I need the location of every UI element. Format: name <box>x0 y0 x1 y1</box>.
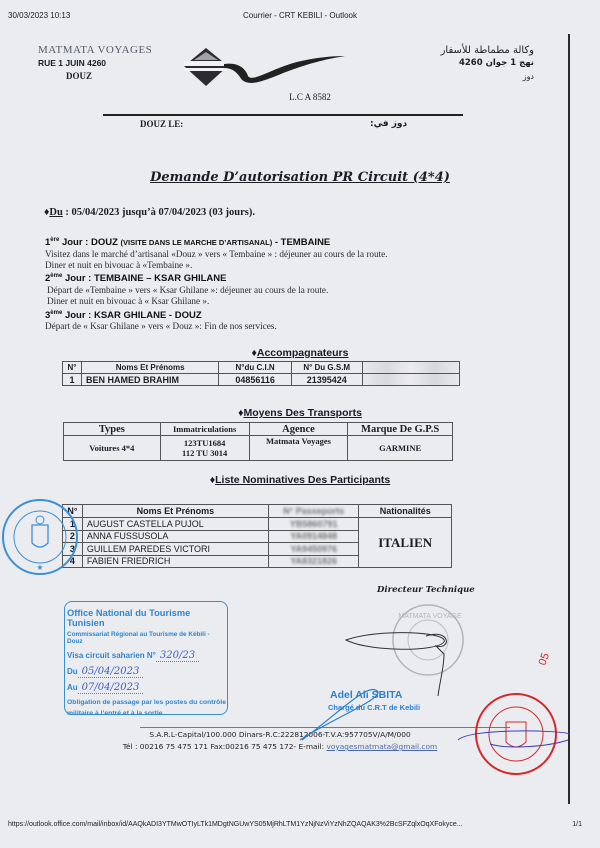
date-line-divider <box>103 114 463 116</box>
license-number: L.C A 8582 <box>0 92 600 102</box>
day-line: Diner et nuit en bivouac à «Tembaine ». <box>45 260 388 271</box>
stamp-commissariat: Commissariat Régional au Tourisme de Kéb… <box>67 631 227 645</box>
visa-number: 320/23 <box>156 650 199 662</box>
company-city-ar: دوز <box>441 70 534 83</box>
footer-legal: S.A.R.L-Capital/100.000 Dinars-R.C:22281… <box>0 729 560 753</box>
visa-date-from: 05/04/2023 <box>78 666 144 678</box>
day-title: 1ère Jour : DOUZ (VISITE DANS LE MARCHE … <box>45 235 388 249</box>
redacted-passport: YA9450976 <box>268 543 358 556</box>
table-header-row: N° Noms Et Prénoms N° Passeports Nationa… <box>63 505 452 518</box>
company-block-ar: وكالة مطماطة للأسفار نهج 1 جوان 4260 دوز <box>441 44 534 83</box>
print-url: https://outlook.office.com/mail/inbox/id… <box>8 821 463 828</box>
svg-text:MATMATA VOYAGE: MATMATA VOYAGE <box>398 613 462 620</box>
footer-email-link[interactable]: voyagesmatmata@gmail.com <box>327 742 438 751</box>
itinerary-day: 1ère Jour : DOUZ (VISITE DANS LE MARCHE … <box>45 235 388 271</box>
stamp-office-name: Office National du Tourisme Tunisien <box>67 608 227 628</box>
company-name-fr: MATMATA VOYAGES <box>38 44 152 57</box>
print-page-number: 1/1 <box>572 821 582 828</box>
document-right-border <box>568 34 570 804</box>
douz-le-label-ar: دوز في: <box>370 119 407 129</box>
day-line: Visitez dans le marché d’artisanal «Douz… <box>45 249 388 260</box>
itinerary-day: 2ème Jour : TEMBAINE – KSAR GHILANE Dépa… <box>45 271 388 307</box>
section-title-participants: ♦Liste Nominatives Des Participants <box>0 474 600 486</box>
redacted-cell <box>362 374 459 386</box>
period-label: Du <box>49 207 62 218</box>
redacted-passport: YA0914848 <box>268 530 358 543</box>
company-name-ar: وكالة مطماطة للأسفار <box>441 44 534 57</box>
company-block-fr: MATMATA VOYAGES RUE 1 JUIN 4260 DOUZ <box>38 44 152 83</box>
print-window-title: Courrier - CRT KEBILI - Outlook <box>0 11 600 20</box>
stamp-visa-row: Visa circuit saharien N°320/23 <box>67 650 227 661</box>
stamp-au-row: Au07/04/2023 <box>67 682 227 693</box>
document-title: Demande D’autorisation PR Circuit (4*4) <box>0 170 600 185</box>
period-line: ♦Du : 05/04/2023 jusqu’à 07/04/2023 (03 … <box>44 207 255 218</box>
svg-text:05: 05 <box>537 651 552 667</box>
signer-block: Adel Ali SBITA Chargé du C.R.T de Kebili <box>330 689 420 712</box>
day-line: Départ de «Tembaine » vers « Ksar Ghilan… <box>45 285 388 296</box>
print-header: 30/03/2023 10:13 Courrier - CRT KEBILI -… <box>0 0 600 24</box>
footer-contact-line: Tél : 00216 75 475 171 Fax:00216 75 475 … <box>0 741 560 753</box>
table-row: 1 AUGUST CASTELLA PUJOL YB5860791 ITALIE… <box>63 518 452 531</box>
signer-name: Adel Ali SBITA <box>330 689 420 701</box>
table-row: Voitures 4*4 123TU1684 112 TU 3014 Matma… <box>64 436 453 461</box>
stamp-obligation: Obligation de passage par les postes du … <box>67 697 227 719</box>
company-city-fr: DOUZ <box>38 70 152 83</box>
table-row: 1 BEN HAMED BRAHIM 04856116 21395424 <box>63 374 460 386</box>
svg-text:★: ★ <box>36 563 43 572</box>
company-address-fr: RUE 1 JUIN 4260 <box>38 57 152 70</box>
day-title: 2ème Jour : TEMBAINE – KSAR GHILANE <box>45 271 388 285</box>
stamp-du-row: Du05/04/2023 <box>67 666 227 677</box>
visa-date-to: 07/04/2023 <box>78 682 144 694</box>
accompagnateurs-table: N° Noms Et Prénoms N°du C.I.N N° Du G.S.… <box>62 361 460 386</box>
day-line: Départ de « Ksar Ghilane » vers « Douz »… <box>45 321 388 332</box>
director-signature-icon <box>346 633 446 696</box>
douz-le-label: DOUZ LE: <box>140 119 183 129</box>
participants-table: N° Noms Et Prénoms N° Passeports Nationa… <box>62 504 452 568</box>
visa-stamp: Office National du Tourisme Tunisien Com… <box>64 601 228 715</box>
table-header-row: N° Noms Et Prénoms N°du C.I.N N° Du G.S.… <box>63 362 460 374</box>
section-title-transports: ♦Moyens Des Transports <box>0 407 600 419</box>
company-round-stamp-icon: MATMATA VOYAGE <box>393 605 463 675</box>
itinerary: 1ère Jour : DOUZ (VISITE DANS LE MARCHE … <box>45 235 388 333</box>
red-official-stamp-icon: 05 <box>458 651 570 774</box>
transports-table: Types Immatriculations Agence Marque De … <box>63 422 453 461</box>
redacted-passport: YB5860791 <box>268 518 358 531</box>
signature-title: Directeur Technique <box>377 585 475 595</box>
table-header-row: Types Immatriculations Agence Marque De … <box>64 423 453 436</box>
footer-divider <box>140 727 510 728</box>
company-address-ar: نهج 1 جوان 4260 <box>441 57 534 70</box>
day-title: 3ème Jour : KSAR GHILANE - DOUZ <box>45 308 388 322</box>
redacted-passport: YA8321826 <box>268 555 358 568</box>
nationality-cell: ITALIEN <box>359 518 452 568</box>
print-footer: https://outlook.office.com/mail/inbox/id… <box>8 821 592 828</box>
period-text: : 05/04/2023 jusqu’à 07/04/2023 (03 jour… <box>63 207 255 218</box>
itinerary-day: 3ème Jour : KSAR GHILANE - DOUZ Départ d… <box>45 308 388 333</box>
section-title-accompagnateurs: ♦Accompagnateurs <box>0 347 600 359</box>
signer-role: Chargé du C.R.T de Kebili <box>328 703 420 712</box>
day-line: Diner et nuit en bivouac à « Ksar Ghilan… <box>45 296 388 307</box>
redacted-cell <box>362 362 459 374</box>
footer-legal-line: S.A.R.L-Capital/100.000 Dinars-R.C:22281… <box>0 729 560 741</box>
